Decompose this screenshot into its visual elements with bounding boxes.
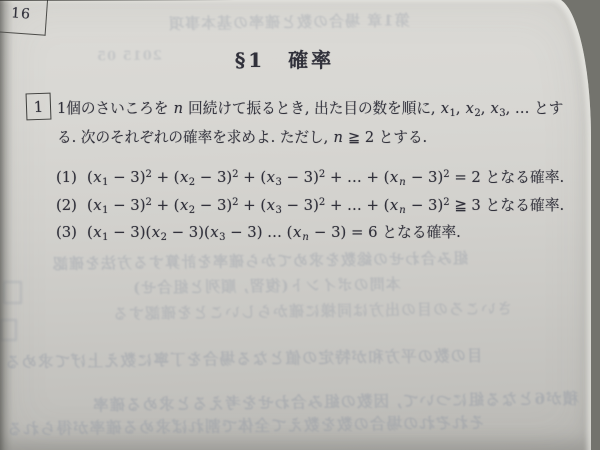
problem-part-1: (1)(x1 − 3)2 + (x2 − 3)2 + (x3 − 3)2 + …… [56,166,564,188]
part-label: (1) [56,169,77,186]
part-expression: (x1 − 3)(x2 − 3)(x3 − 3) … (xn − 3) = 6 … [87,224,461,241]
page-left-edge-shadow [0,0,13,450]
problem-statement-line1: 1個のさいころを n 回続けて振るとき, 出た目の数を順に, x1, x2, x… [57,97,563,119]
part-label: (2) [56,197,77,214]
showthrough-text-line: 積が6となる組について, 因数の組み合わせを考えると求める確率 [92,387,579,416]
problem-part-3: (3)(x1 − 3)(x2 − 3)(x3 − 3) … (xn − 3) =… [56,221,461,243]
showthrough-text-line: それぞれの場合の数を数えて全体で割れば求める確率が得られる [6,411,485,440]
problem-number-box: 1 [26,93,52,121]
page-number: 16 [11,5,32,22]
showthrough-text-line: さいころの目の出方は同様に確からしいことを確認する [112,297,512,324]
section-title: §1 確率 [0,44,569,73]
part-expression: (x1 − 3)2 + (x2 − 3)2 + (x3 − 3)2 + … + … [87,169,564,186]
showthrough-text-line: 組み合わせの総数を求めてから確率を計算する方法を確認 [52,247,468,274]
problem-part-2: (2)(x1 − 3)2 + (x2 − 3)2 + (x3 − 3)2 + …… [56,194,564,216]
showthrough-text-line: 第1章 場合の数と確率の基本事項 [168,9,410,33]
showthrough-text-line: 本問のポイント(復習, 順列と組合せ) [132,273,401,298]
problem-statement-line2: る. 次のそれぞれの確率を求めよ. ただし, n ≧ 2 とする. [57,126,427,147]
part-expression: (x1 − 3)2 + (x2 − 3)2 + (x3 − 3)2 + … + … [87,197,564,214]
book-page-photo: 第1章 場合の数と確率の基本事項 2015 05 組み合わせの総数を求めてから確… [0,0,600,450]
page-top-edge-shadow [0,0,235,1]
textbook-page: 第1章 場合の数と確率の基本事項 2015 05 組み合わせの総数を求めてから確… [0,0,591,450]
showthrough-text-line: 目の数の平方和が特定の値となる場合を丁寧に数え上げて求める [4,344,483,373]
problem-number: 1 [33,97,43,115]
part-label: (3) [56,224,77,241]
